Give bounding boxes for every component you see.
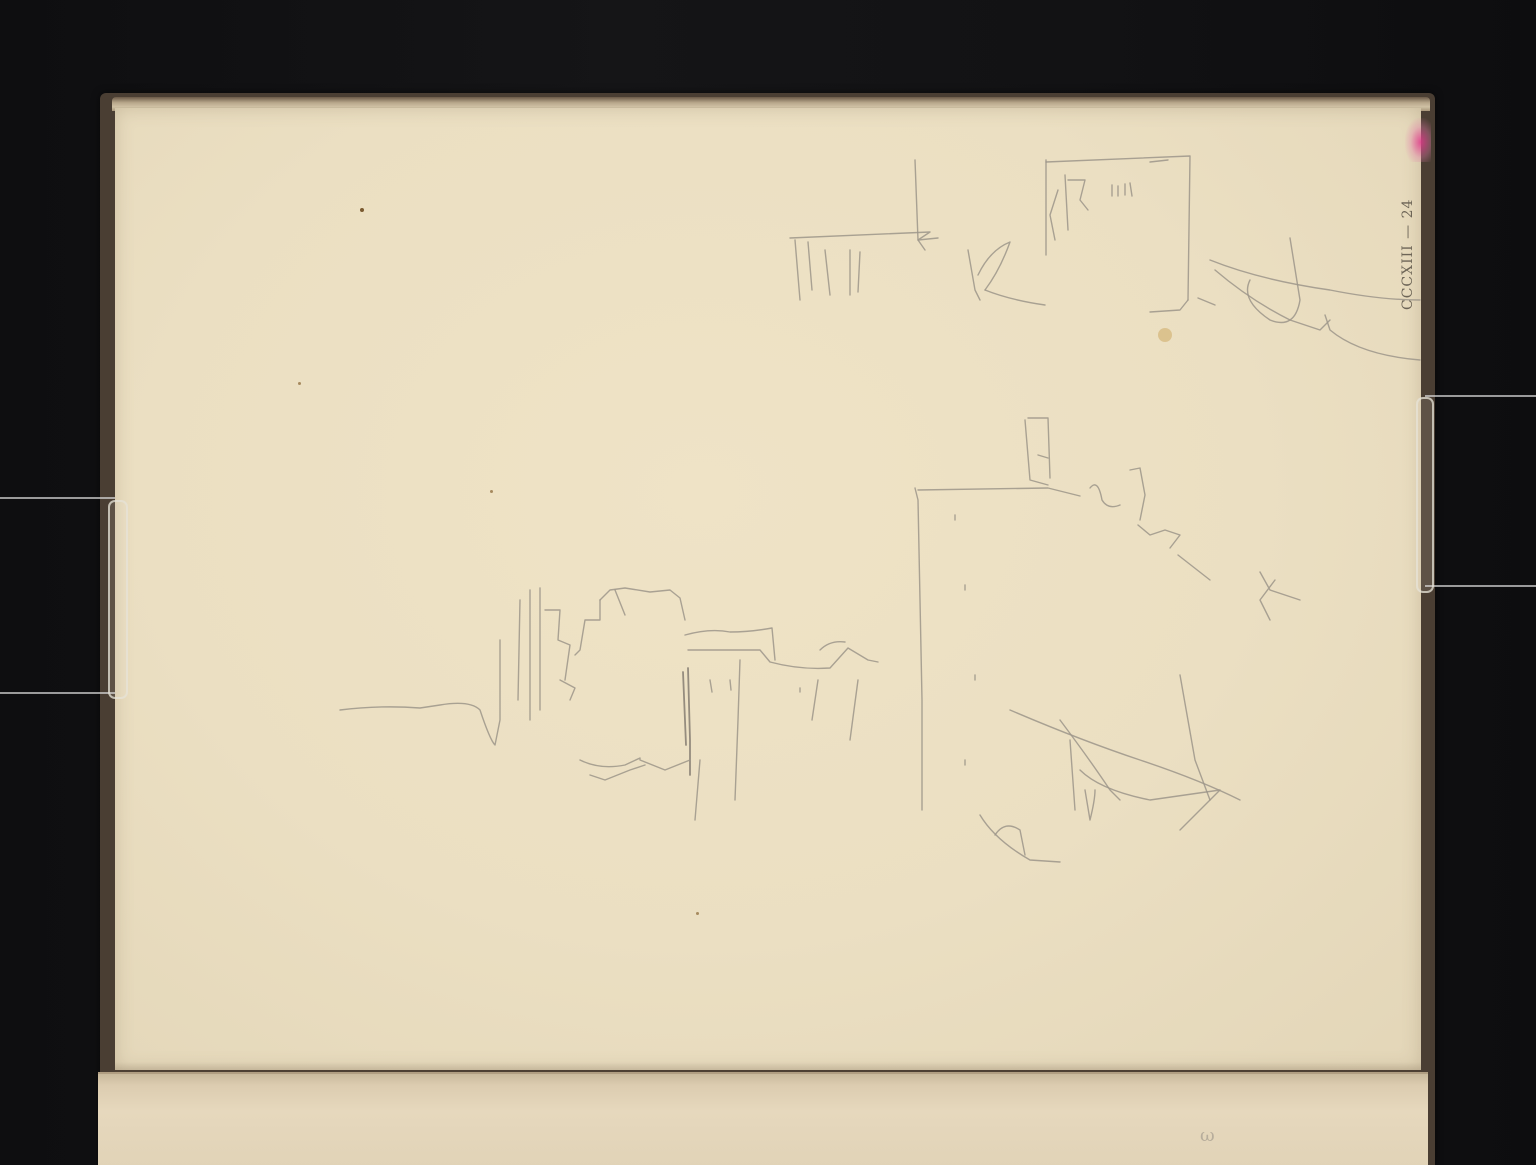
folio-number: CCCXIII — 24 (1398, 170, 1418, 310)
right-clip-wire-top (1425, 395, 1536, 397)
left-page-clip (108, 500, 128, 699)
bottom-page-pencil-marks: ω (1200, 1125, 1215, 1146)
foxing-spot (360, 208, 364, 212)
facing-page-bottom (98, 1072, 1428, 1165)
pink-ink-mark (1405, 118, 1431, 162)
left-clip-wire-bottom (0, 692, 115, 694)
foxing-spot (490, 490, 493, 493)
foxing-spot (696, 912, 699, 915)
foxing-spot (1158, 328, 1172, 342)
left-clip-wire-top (0, 497, 115, 499)
right-clip-wire-bottom (1425, 585, 1536, 587)
sketchbook-page (115, 108, 1421, 1070)
right-page-clip (1416, 397, 1434, 593)
foxing-spot (298, 382, 301, 385)
